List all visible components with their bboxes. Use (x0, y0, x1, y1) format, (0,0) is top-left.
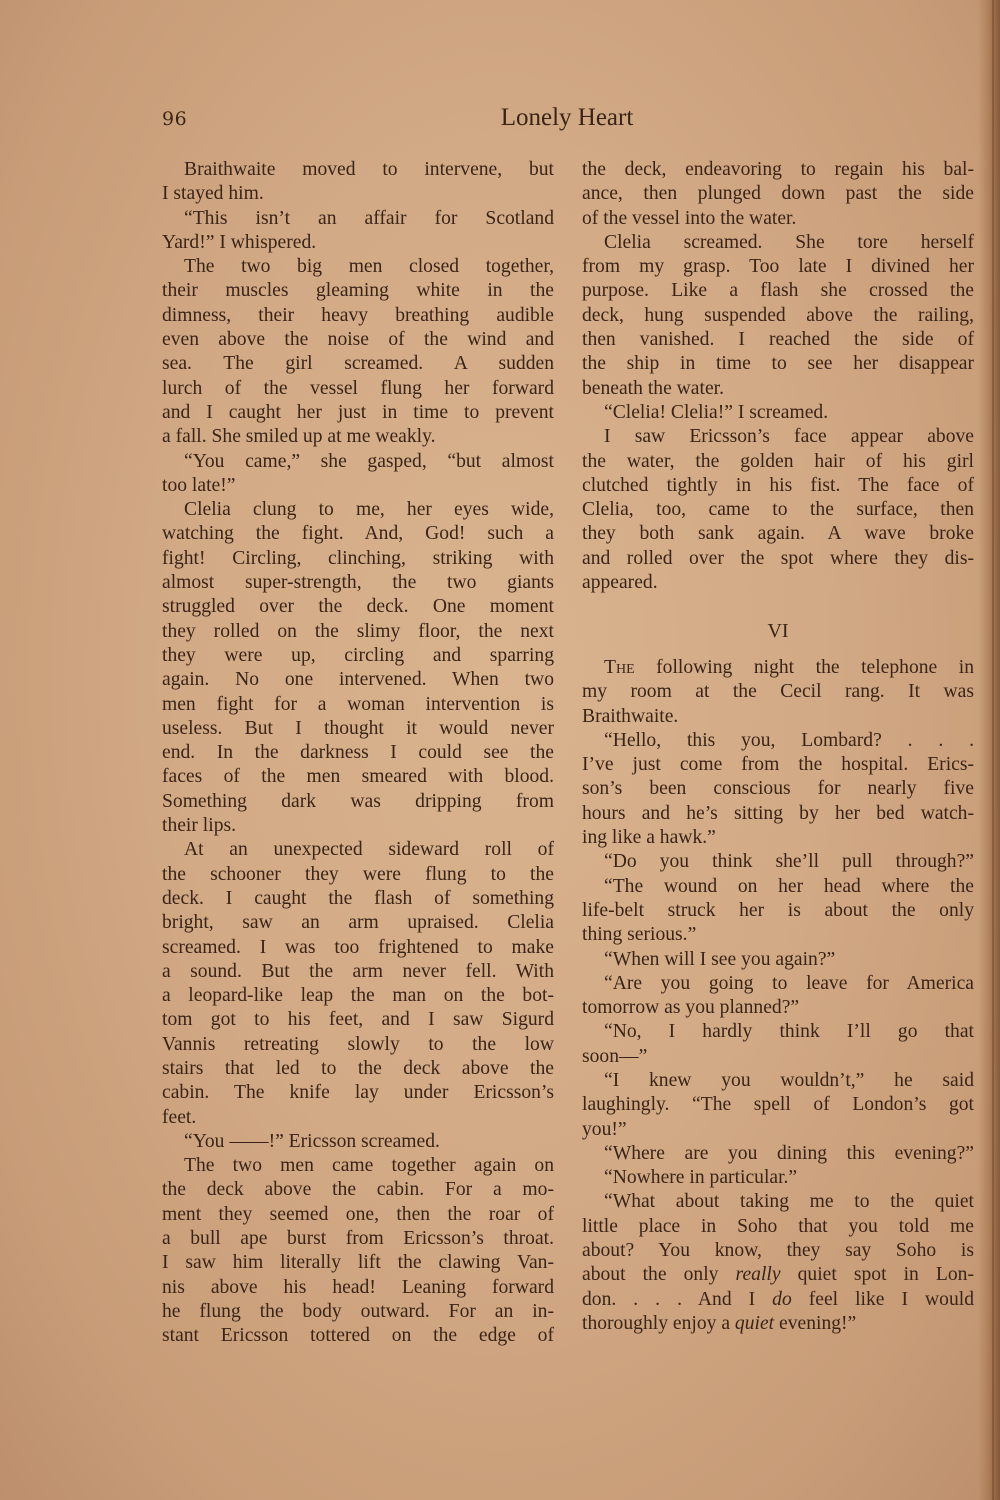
text-line: and rolled over the spot where they dis- (582, 547, 974, 571)
text-line: their muscles gleaming white in the (162, 279, 554, 303)
right-column-text-before-heading: the deck, endeavoring to regain his bal-… (582, 158, 974, 595)
text-line: end. In the darkness I could see the (162, 741, 554, 765)
text-run: evening!” (774, 1313, 856, 1334)
text-line: ing like a hawk.” (582, 826, 974, 850)
left-column: Braithwaite moved to intervene, butI sta… (162, 158, 554, 1349)
right-column: the deck, endeavoring to regain his bal-… (582, 158, 974, 1336)
text-line: The two big men closed together, (162, 255, 554, 279)
text-line: “You came,” she gasped, “but almost (162, 450, 554, 474)
text-line: appeared. (582, 571, 974, 595)
text-line: tom got to his feet, and I saw Sigurd (162, 1008, 554, 1032)
text-line: “When will I see you again?” (582, 948, 974, 972)
text-line: laughingly. “The spell of London’s got (582, 1093, 974, 1117)
text-line: about the only really quiet spot in Lon- (582, 1263, 974, 1287)
text-line: fight! Circling, clinching, striking wit… (162, 547, 554, 571)
text-line: the water, the golden hair of his girl (582, 450, 974, 474)
text-line: thing serious.” (582, 923, 974, 947)
text-line: the deck above the cabin. For a mo- (162, 1178, 554, 1202)
text-line: beneath the water. (582, 377, 974, 401)
text-line: they both sank again. A wave broke (582, 522, 974, 546)
text-line: cabin. The knife lay under Ericsson’s (162, 1081, 554, 1105)
italic-emphasis: really (736, 1264, 781, 1285)
italic-emphasis: do (772, 1289, 792, 1310)
text-line: ance, then plunged down past the side (582, 182, 974, 206)
text-line: they were up, circling and sparring (162, 644, 554, 668)
text-line: a fall. She smiled up at me weakly. (162, 425, 554, 449)
opening-line-rest: following night the telephone in (635, 657, 974, 678)
text-run: feel like I would (792, 1289, 974, 1310)
text-line: the ship in time to see her disappear (582, 352, 974, 376)
text-run: about the only (582, 1264, 736, 1285)
running-title: Lonely Heart (162, 104, 972, 132)
text-line: Yard!” I whispered. (162, 231, 554, 255)
italic-emphasis: quiet (735, 1313, 774, 1334)
text-line: “Do you think she’ll pull through?” (582, 850, 974, 874)
text-line: Braithwaite. (582, 705, 974, 729)
text-line: thoroughly enjoy a quiet evening!” (582, 1312, 974, 1336)
text-line: “This isn’t an affair for Scotland (162, 207, 554, 231)
text-line: little place in Soho that you told me (582, 1215, 974, 1239)
text-line: Clelia clung to me, her eyes wide, (162, 498, 554, 522)
text-line: “I knew you wouldn’t,” he said (582, 1069, 974, 1093)
text-line: At an unexpected sideward roll of (162, 838, 554, 862)
text-line: the deck, endeavoring to regain his bal- (582, 158, 974, 182)
text-line: life-belt struck her is about the only (582, 899, 974, 923)
text-line: don. . . . And I do feel like I would (582, 1288, 974, 1312)
text-line: dimness, their heavy breathing audible (162, 304, 554, 328)
text-line: a bull ape burst from Ericsson’s throat. (162, 1227, 554, 1251)
text-line: struggled over the deck. One moment (162, 595, 554, 619)
opening-smallcaps-word: The (604, 657, 635, 678)
text-line: they rolled on the slimy floor, the next (162, 620, 554, 644)
chapter-heading: VI (582, 607, 974, 656)
text-line: Clelia screamed. She tore herself (582, 231, 974, 255)
text-line: “No, I hardly think I’ll go that (582, 1020, 974, 1044)
text-line: “Are you going to leave for America (582, 972, 974, 996)
text-line: then vanished. I reached the side of (582, 328, 974, 352)
text-line: “Hello, this you, Lombard? . . . (582, 729, 974, 753)
text-line: watching the fight. And, God! such a (162, 522, 554, 546)
text-line: screamed. I was too frightened to make (162, 936, 554, 960)
text-line: Clelia, too, came to the surface, then (582, 498, 974, 522)
text-line: deck, hung suspended above the railing, (582, 304, 974, 328)
text-line: even above the noise of the wind and (162, 328, 554, 352)
text-line: a sound. But the arm never fell. With (162, 960, 554, 984)
text-run: quiet spot in Lon- (781, 1264, 974, 1285)
page-edge-shadow (978, 0, 1000, 1500)
text-line: son’s been conscious for nearly five (582, 777, 974, 801)
text-line: “The wound on her head where the (582, 875, 974, 899)
text-line: Braithwaite moved to intervene, but (162, 158, 554, 182)
text-line: “What about taking me to the quiet (582, 1190, 974, 1214)
text-line: sea. The girl screamed. A sudden (162, 352, 554, 376)
text-line: and I caught her just in time to prevent (162, 401, 554, 425)
chapter-opening-line: The following night the telephone in (582, 656, 974, 680)
text-line: useless. But I thought it would never (162, 717, 554, 741)
text-line: clutched tightly in his fist. The face o… (582, 474, 974, 498)
text-line: you!” (582, 1118, 974, 1142)
text-line: I’ve just come from the hospital. Erics- (582, 753, 974, 777)
text-line: lurch of the vessel flung her forward (162, 377, 554, 401)
text-line: about? You know, they say Soho is (582, 1239, 974, 1263)
text-line: from my grasp. Too late I divined her (582, 255, 974, 279)
text-line: my room at the Cecil rang. It was (582, 680, 974, 704)
text-line: their lips. (162, 814, 554, 838)
text-line: faces of the men smeared with blood. (162, 765, 554, 789)
text-line: deck. I caught the flash of something (162, 887, 554, 911)
text-line: he flung the body outward. For an in- (162, 1300, 554, 1324)
right-column-text-after-heading: my room at the Cecil rang. It wasBraithw… (582, 680, 974, 1263)
text-line: hours and he’s sitting by her bed watch- (582, 802, 974, 826)
text-line: almost super-strength, the two giants (162, 571, 554, 595)
text-line: “Nowhere in particular.” (582, 1166, 974, 1190)
text-run: thoroughly enjoy a (582, 1313, 735, 1334)
text-line: I stayed him. (162, 182, 554, 206)
text-line: ment they seemed one, then the roar of (162, 1203, 554, 1227)
text-line: again. No one intervened. When two (162, 668, 554, 692)
text-line: The two men came together again on (162, 1154, 554, 1178)
text-line: I saw him literally lift the clawing Van… (162, 1251, 554, 1275)
text-run: don. . . . And I (582, 1289, 772, 1310)
text-line: the schooner they were flung to the (162, 863, 554, 887)
text-line: nis above his head! Leaning forward (162, 1276, 554, 1300)
text-line: “Clelia! Clelia!” I screamed. (582, 401, 974, 425)
text-line: “You ——!” Ericsson screamed. (162, 1130, 554, 1154)
text-line: men fight for a woman intervention is (162, 693, 554, 717)
text-line: purpose. Like a flash she crossed the (582, 279, 974, 303)
running-head: 96 Lonely Heart (162, 104, 972, 140)
text-line: stant Ericsson tottered on the edge of (162, 1324, 554, 1348)
text-line: too late!” (162, 474, 554, 498)
text-line: Vannis retreating slowly to the low (162, 1033, 554, 1057)
text-line: a leopard-like leap the man on the bot- (162, 984, 554, 1008)
text-line: I saw Ericsson’s face appear above (582, 425, 974, 449)
text-line: “Where are you dining this evening?” (582, 1142, 974, 1166)
text-line: feet. (162, 1106, 554, 1130)
text-line: bright, saw an arm upraised. Clelia (162, 911, 554, 935)
text-line: stairs that led to the deck above the (162, 1057, 554, 1081)
text-line: of the vessel into the water. (582, 207, 974, 231)
text-line: soon—” (582, 1045, 974, 1069)
text-line: Something dark was dripping from (162, 790, 554, 814)
text-line: tomorrow as you planned?” (582, 996, 974, 1020)
